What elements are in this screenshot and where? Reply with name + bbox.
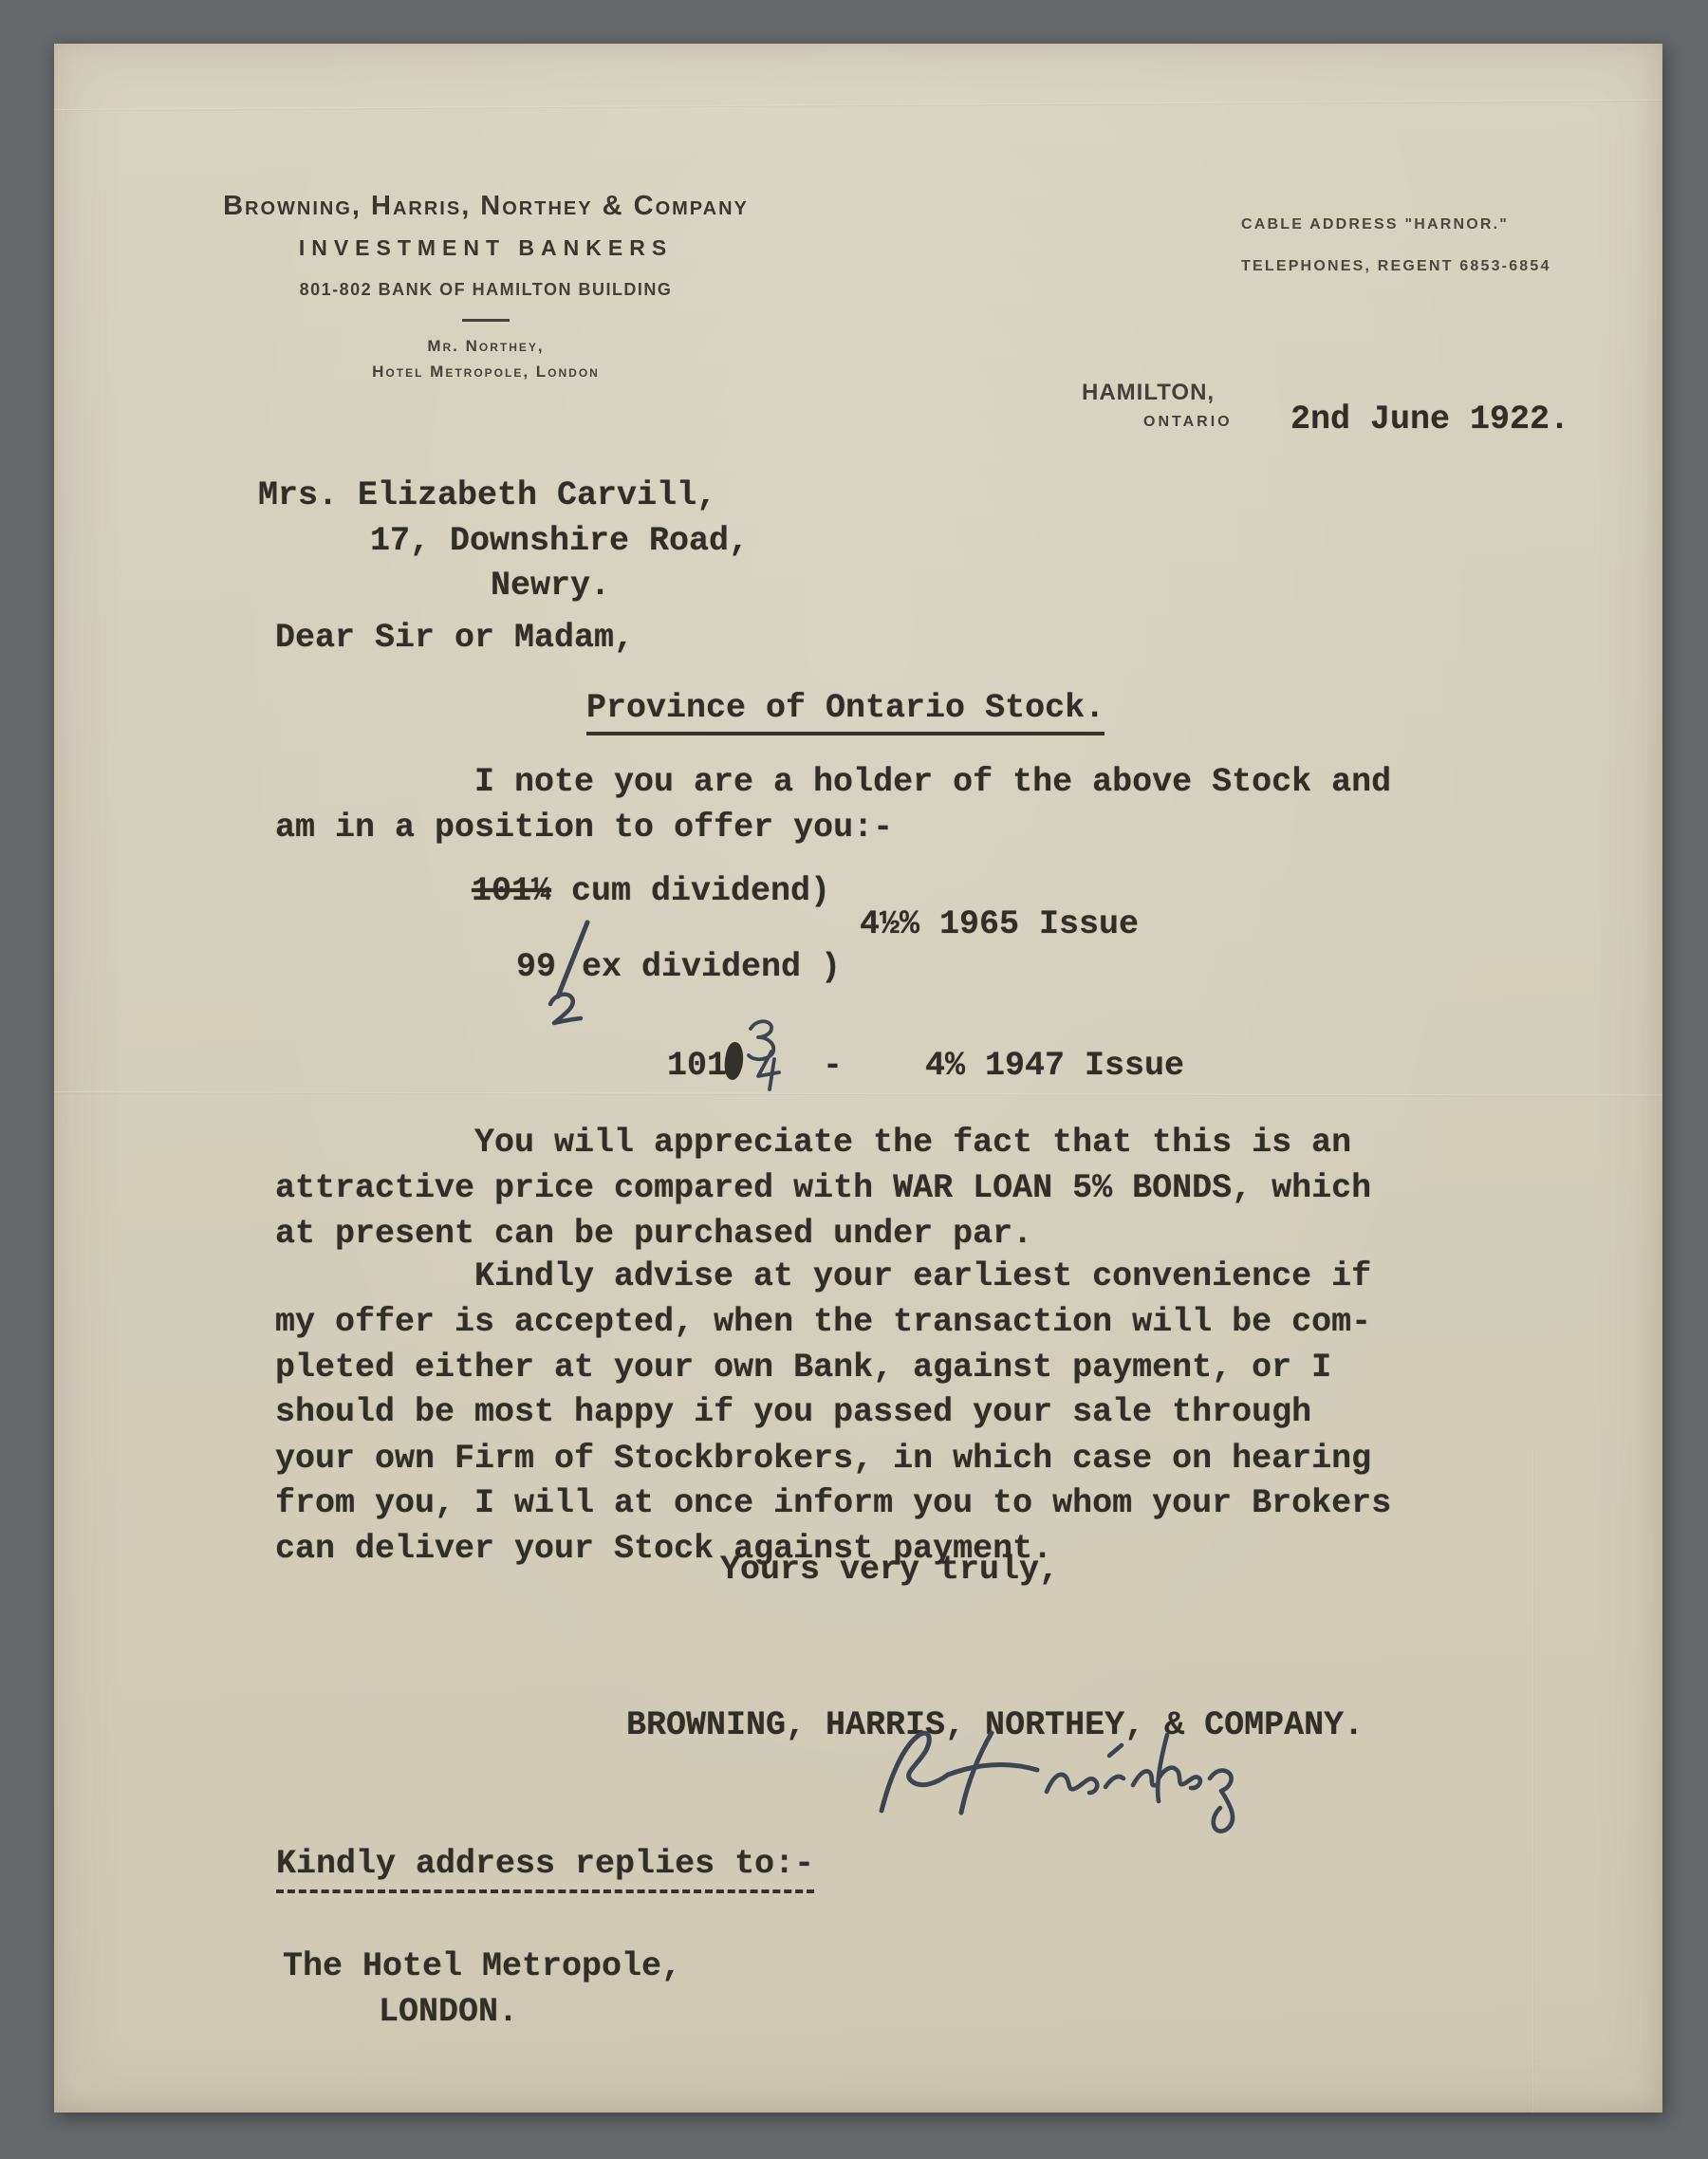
letter-paper: Browning, Harris, Northey & Company INVE… [54,44,1662,2112]
war-loan-line-1: You will appreciate the fact that this i… [474,1120,1351,1165]
reply-note-heading: Kindly address replies to:- [276,1845,814,1893]
handwritten-three-quarters [743,1017,789,1093]
salutation: Dear Sir or Madam, [275,615,634,661]
price-separator-dash: - [823,1043,843,1089]
letterhead-building-address: 801-802 BANK OF HAMILTON BUILDING [149,280,823,300]
recipient-name: Mrs. Elizabeth Carvill, [258,473,716,518]
letter-date: 2nd June 1922. [1290,397,1569,442]
recipient-street: 17, Downshire Road, [370,518,749,564]
letterhead-city: HAMILTON, [1082,380,1215,406]
struck-price: 101¼ [472,872,551,910]
reply-note-heading-line: Kindly address replies to:- [276,1841,814,1887]
telephones-line: TELEPHONES, REGENT 6853-6854 [1241,258,1640,275]
issue-1965: 4½% 1965 Issue [860,902,1139,947]
cable-address-line: CABLE ADDRESS "HARNOR." [1241,216,1640,233]
offer-cum-dividend-line: 101¼ cum dividend) [472,868,830,914]
advise-line-4: should be most happy if you passed your … [275,1389,1311,1435]
letterhead-province: ONTARIO [1143,414,1233,431]
reply-address-line-1: The Hotel Metropole, [283,1944,681,1989]
fold-crease-middle [54,1091,1662,1097]
letterhead-divider-rule [462,319,510,322]
reply-address-line-2: LONDON. [379,1989,518,2035]
issue-1947: 4% 1947 Issue [925,1043,1184,1089]
advise-line-6: from you, I will at once inform you to w… [275,1480,1391,1526]
advise-line-1: Kindly advise at your earliest convenien… [474,1254,1371,1299]
intro-line-1: I note you are a holder of the above Sto… [474,759,1391,805]
ex-dividend-label: ex dividend ) [582,944,841,990]
letterhead-agent-address: Hotel Metropole, London [149,363,823,382]
advise-line-3: pleted either at your own Bank, against … [275,1345,1331,1390]
letterhead-trade-line: INVESTMENT BANKERS [149,235,823,261]
fold-crease-top [54,100,1662,111]
letterhead-company-name: Browning, Harris, Northey & Company [149,191,823,222]
fold-crease-right [1532,1448,1534,2112]
cum-dividend-label: cum dividend) [551,872,830,910]
price-1947: 101 [667,1043,727,1089]
recipient-town: Newry. [491,563,610,608]
advise-line-5: your own Firm of Stockbrokers, in which … [275,1436,1371,1481]
war-loan-line-3: at present can be purchased under par. [275,1211,1032,1256]
letterhead-left-block: Browning, Harris, Northey & Company INVE… [149,191,823,382]
closing-line: Yours very truly, [720,1547,1059,1592]
letterhead-agent-name: Mr. Northey, [149,337,823,356]
scanned-letter-page: { "colors": { "background": "#64686a", "… [0,0,1708,2159]
subject-text: Province of Ontario Stock. [586,689,1105,735]
letterhead-right-block: CABLE ADDRESS "HARNOR." TELEPHONES, REGE… [1241,216,1640,275]
advise-line-2: my offer is accepted, when the transacti… [275,1299,1371,1345]
subject-line: Province of Ontario Stock. [586,685,1105,731]
war-loan-line-2: attractive price compared with WAR LOAN … [275,1165,1371,1211]
intro-line-2: am in a position to offer you:- [275,805,893,850]
handwritten-signature [868,1720,1276,1843]
